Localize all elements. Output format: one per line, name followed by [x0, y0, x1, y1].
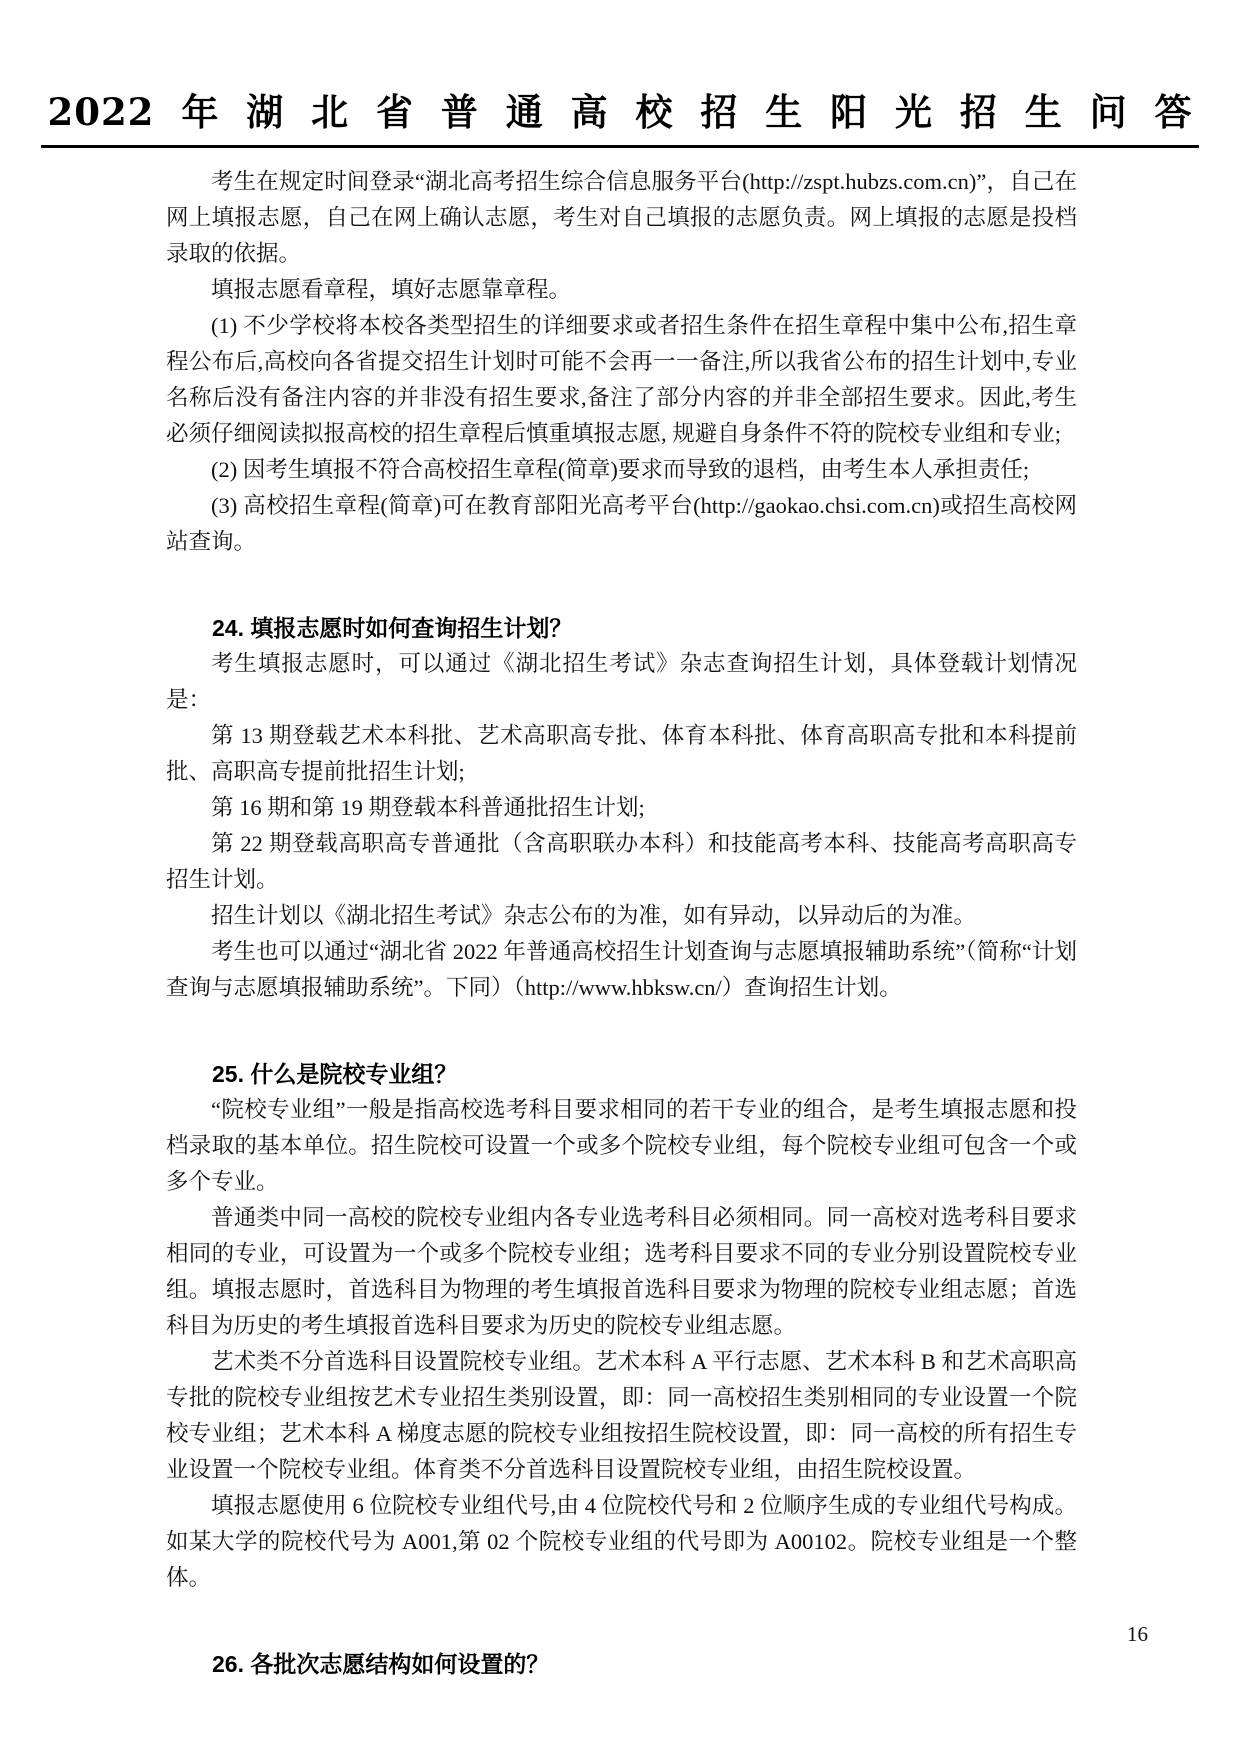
- q25-paragraph-4: 填报志愿使用 6 位院校专业组代号,由 4 位院校代号和 2 位顺序生成的专业组…: [166, 1488, 1077, 1596]
- document-page: 2022 年 湖 北 省 普 通 高 校 招 生 阳 光 招 生 问 答 考生在…: [0, 0, 1240, 1753]
- q25-paragraph-1: “院校专业组”一般是指高校选考科目要求相同的若干专业的组合，是考生填报志愿和投档…: [166, 1092, 1077, 1200]
- intro-paragraph-3: (1) 不少学校将本校各类型招生的详细要求或者招生条件在招生章程中集中公布,招生…: [166, 308, 1077, 452]
- document-body: 考生在规定时间登录“湖北高考招生综合信息服务平台(http://zspt.hub…: [0, 164, 1240, 1682]
- q24-paragraph-2: 第 13 期登载艺术本科批、艺术高职高专批、体育本科批、体育高职高专批和本科提前…: [166, 718, 1077, 790]
- page-number: 16: [1127, 1622, 1148, 1647]
- page-title: 2022 年 湖 北 省 普 通 高 校 招 生 阳 光 招 生 问 答: [41, 82, 1198, 148]
- intro-paragraph-4: (2) 因考生填报不符合高校招生章程(简章)要求而导致的退档，由考生本人承担责任…: [166, 452, 1077, 488]
- question-26-heading: 26. 各批次志愿结构如何设置的？: [166, 1646, 1077, 1682]
- intro-paragraph-5: (3) 高校招生章程(简章)可在教育部阳光高考平台(http://gaokao.…: [166, 488, 1077, 560]
- q24-paragraph-3: 第 16 期和第 19 期登载本科普通批招生计划;: [166, 790, 1077, 826]
- page-header: 2022 年 湖 北 省 普 通 高 校 招 生 阳 光 招 生 问 答: [0, 0, 1240, 148]
- q24-paragraph-4: 第 22 期登载高职高专普通批（含高职联办本科）和技能高考本科、技能高考高职高专…: [166, 826, 1077, 898]
- q24-paragraph-6: 考生也可以通过“湖北省 2022 年普通高校招生计划查询与志愿填报辅助系统”（简…: [166, 934, 1077, 1006]
- q25-paragraph-2: 普通类中同一高校的院校专业组内各专业选考科目必须相同。同一高校对选考科目要求相同…: [166, 1200, 1077, 1344]
- intro-paragraph-1: 考生在规定时间登录“湖北高考招生综合信息服务平台(http://zspt.hub…: [166, 164, 1077, 272]
- intro-paragraph-2: 填报志愿看章程，填好志愿靠章程。: [166, 272, 1077, 308]
- question-25-heading: 25. 什么是院校专业组？: [166, 1056, 1077, 1092]
- question-24-heading: 24. 填报志愿时如何查询招生计划？: [166, 610, 1077, 646]
- q24-paragraph-1: 考生填报志愿时，可以通过《湖北招生考试》杂志查询招生计划，具体登载计划情况是：: [166, 646, 1077, 718]
- q24-paragraph-5: 招生计划以《湖北招生考试》杂志公布的为准，如有异动，以异动后的为准。: [166, 898, 1077, 934]
- q25-paragraph-3: 艺术类不分首选科目设置院校专业组。艺术本科 A 平行志愿、艺术本科 B 和艺术高…: [166, 1344, 1077, 1488]
